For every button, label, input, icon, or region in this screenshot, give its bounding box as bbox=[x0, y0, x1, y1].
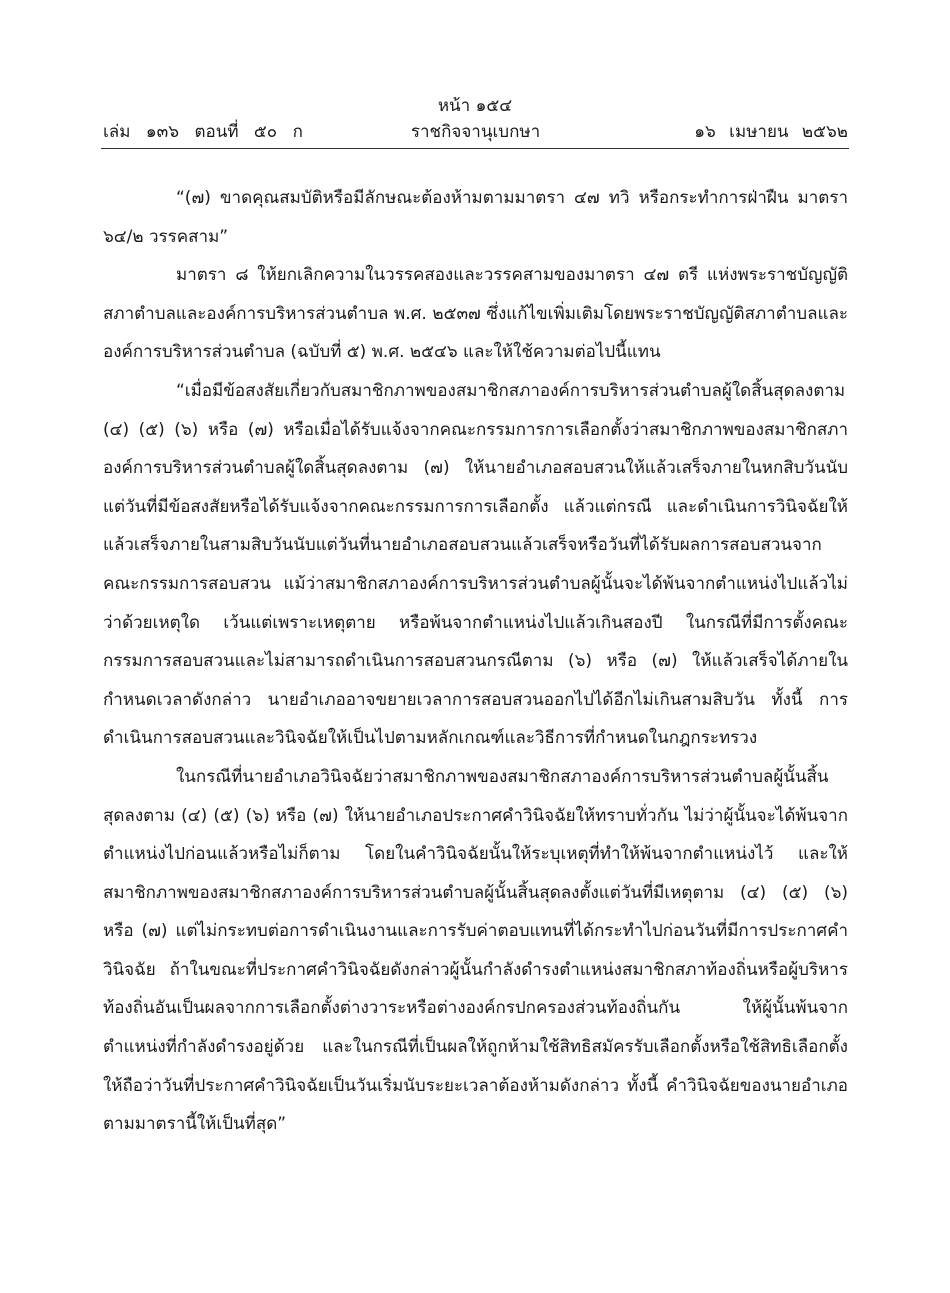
publication-date: ๑๖ เมษายน ๒๕๖๒ bbox=[694, 118, 848, 145]
document-page: หน้า ๑๕๔ เล่ม ๑๓๖ ตอนที่ ๕๐ ก ราชกิจจานุ… bbox=[0, 0, 950, 1293]
paragraph-3: “เมื่อมีข้อสงสัยเกี่ยวกับสมาชิกภาพของสมา… bbox=[103, 372, 848, 758]
paragraph-1: “(๗) ขาดคุณสมบัติหรือมีลักษณะต้องห้ามตาม… bbox=[103, 179, 848, 256]
paragraph-4: ในกรณีที่นายอำเภอวินิจฉัยว่าสมาชิกภาพของ… bbox=[103, 758, 848, 1144]
paragraph-section-8: มาตรา ๘ ให้ยกเลิกความในวรรคสองและวรรคสาม… bbox=[103, 256, 848, 372]
page-number: หน้า ๑๕๔ bbox=[0, 92, 950, 119]
document-body: “(๗) ขาดคุณสมบัติหรือมีลักษณะต้องห้ามตาม… bbox=[103, 179, 848, 1144]
header-divider bbox=[101, 148, 849, 149]
gazette-header: เล่ม ๑๓๖ ตอนที่ ๕๐ ก ราชกิจจานุเบกษา ๑๖ … bbox=[103, 118, 848, 146]
